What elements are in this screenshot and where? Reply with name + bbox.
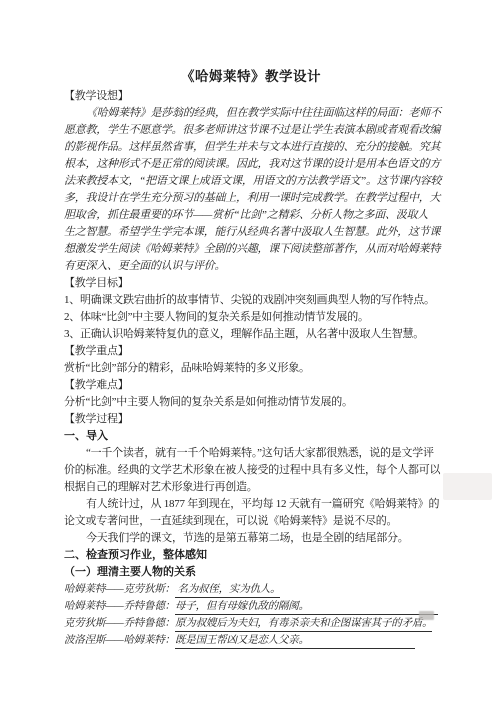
- relationship-pair-label: 波洛涅斯——哈姆莱特：: [64, 632, 175, 649]
- text-line: 3、正确认识哈姆莱特复仇的意义，理解作品主题，从名著中汲取人生智慧。: [64, 326, 438, 343]
- section-label: 【教学设想】: [64, 88, 438, 105]
- relationship-answer: 既是国王帮凶又是恋人父亲。: [175, 632, 309, 649]
- document-body: 【教学设想】《哈姆莱特》是莎翁的经典，但在教学实际中往往面临这样的局面：老师不愿…: [64, 88, 438, 649]
- scan-artifact: [443, 473, 492, 500]
- text-line: 价的标准。经典的文学艺术形象在被人接受的过程中具有多义性，每个人都可以: [64, 462, 438, 479]
- section-heading: 二、检查预习作业，整体感知: [64, 547, 438, 564]
- text-line: 生之智慧。希望学生学完本课，能行从经典名著中汲取人生智慧。此外，这节课: [64, 224, 438, 241]
- answer-blank-line: [309, 598, 438, 615]
- text-line: 胆取舍，抓住最重要的环节——赏析“比剑”之精彩、分析人物之多面、汲取人: [64, 207, 438, 224]
- text-line: “一千个读者，就有一千个哈姆莱特。”这句话大家都很熟悉，说的是文学评: [64, 445, 438, 462]
- text-line: 《哈姆莱特》是莎翁的经典，但在教学实际中往往面临这样的局面：老师不: [64, 105, 438, 122]
- section-label: 【教学难点】: [64, 377, 438, 394]
- text-line: 愿意教，学生不愿意学。很多老师讲这节课不过是让学生表演本剧或者观看改编: [64, 122, 438, 139]
- relationship-line: 克劳狄斯——乔特鲁德：原为叔嫂后为夫妇，有毒杀亲夫和企图谋害其子的矛盾。: [64, 615, 438, 632]
- section-heading: 一、导入: [64, 428, 438, 445]
- text-line: 多，我设计在学生充分预习的基础上，利用一课时完成教学。在教学过程中，大: [64, 190, 438, 207]
- answer-blank-line: [309, 632, 415, 649]
- text-line: 根据自己的理解对艺术形象进行再创造。: [64, 479, 438, 496]
- text-line: 有人统计过，从 1877 年到现在，平均每 12 天就有一篇研究《哈姆莱特》的: [64, 496, 438, 513]
- section-heading: （一）理清主要人物的关系: [64, 564, 438, 581]
- text-line: 有更深入、更全面的认识与评价。: [64, 258, 438, 275]
- relationship-answer: 原为叔嫂后为夫妇，有毒杀亲夫和企图谋害其子的矛盾。: [175, 615, 433, 632]
- relationship-line: 哈姆莱特——乔特鲁德：母子，但有母嫁仇敌的隔阂。: [64, 598, 438, 615]
- text-line: 分析“比剑”中主要人物间的复杂关系是如何推动情节发展的。: [64, 394, 438, 411]
- document-page: 《哈姆莱特》教学设计 【教学设想】《哈姆莱特》是莎翁的经典，但在教学实际中往往面…: [0, 0, 500, 707]
- text-line: 的影视作品。这样虽然省事，但学生并未与文本进行直接的、充分的接触。究其: [64, 139, 438, 156]
- relationship-pair-label: 克劳狄斯——乔特鲁德：: [64, 615, 175, 632]
- text-line: 根本，这种形式不是正常的阅读课。因此，我对这节课的设计是用本色语文的方: [64, 156, 438, 173]
- text-line: 论文或专著问世，一直延续到现在，可以说《哈姆莱特》是说不尽的。: [64, 513, 438, 530]
- text-line: 想激发学生阅读《哈姆莱特》全剧的兴趣，课下阅读整部著作，从而对哈姆莱特: [64, 241, 438, 258]
- relationship-line: 哈姆莱特——克劳狄斯： 名为叔侄，实为仇人。: [64, 581, 438, 598]
- relationship-pair-label: 哈姆莱特——乔特鲁德：: [64, 598, 175, 615]
- relationship-answer: 名为叔侄，实为仇人。: [175, 581, 280, 598]
- text-line: 1、明确课文跌宕曲折的故事情节、尖锐的戏剧冲突刻画典型人物的写作特点。: [64, 292, 438, 309]
- page-title: 《哈姆莱特》教学设计: [64, 66, 438, 88]
- section-label: 【教学重点】: [64, 343, 438, 360]
- document-content: 《哈姆莱特》教学设计 【教学设想】《哈姆莱特》是莎翁的经典，但在教学实际中往往面…: [64, 66, 438, 649]
- section-label: 【教学目标】: [64, 275, 438, 292]
- text-line: 今天我们学的课文，节选的是第五幕第二场，也是全剧的结尾部分。: [64, 530, 438, 547]
- text-line: 2、体味“比剑”中主要人物间的复杂关系是如何推动情节发展的。: [64, 309, 438, 326]
- section-label: 【教学过程】: [64, 411, 438, 428]
- relationship-answer: 母子，但有母嫁仇敌的隔阂。: [175, 598, 309, 615]
- relationship-pair-label: 哈姆莱特——克劳狄斯：: [64, 581, 175, 598]
- text-line: 赏析“比剑”部分的精彩，品味哈姆莱特的多义形象。: [64, 360, 438, 377]
- relationship-line: 波洛涅斯——哈姆莱特：既是国王帮凶又是恋人父亲。: [64, 632, 438, 649]
- text-line: 法来教授本文，“把语文课上成语文课，用语文的方法教学语文”。这节课内容较: [64, 173, 438, 190]
